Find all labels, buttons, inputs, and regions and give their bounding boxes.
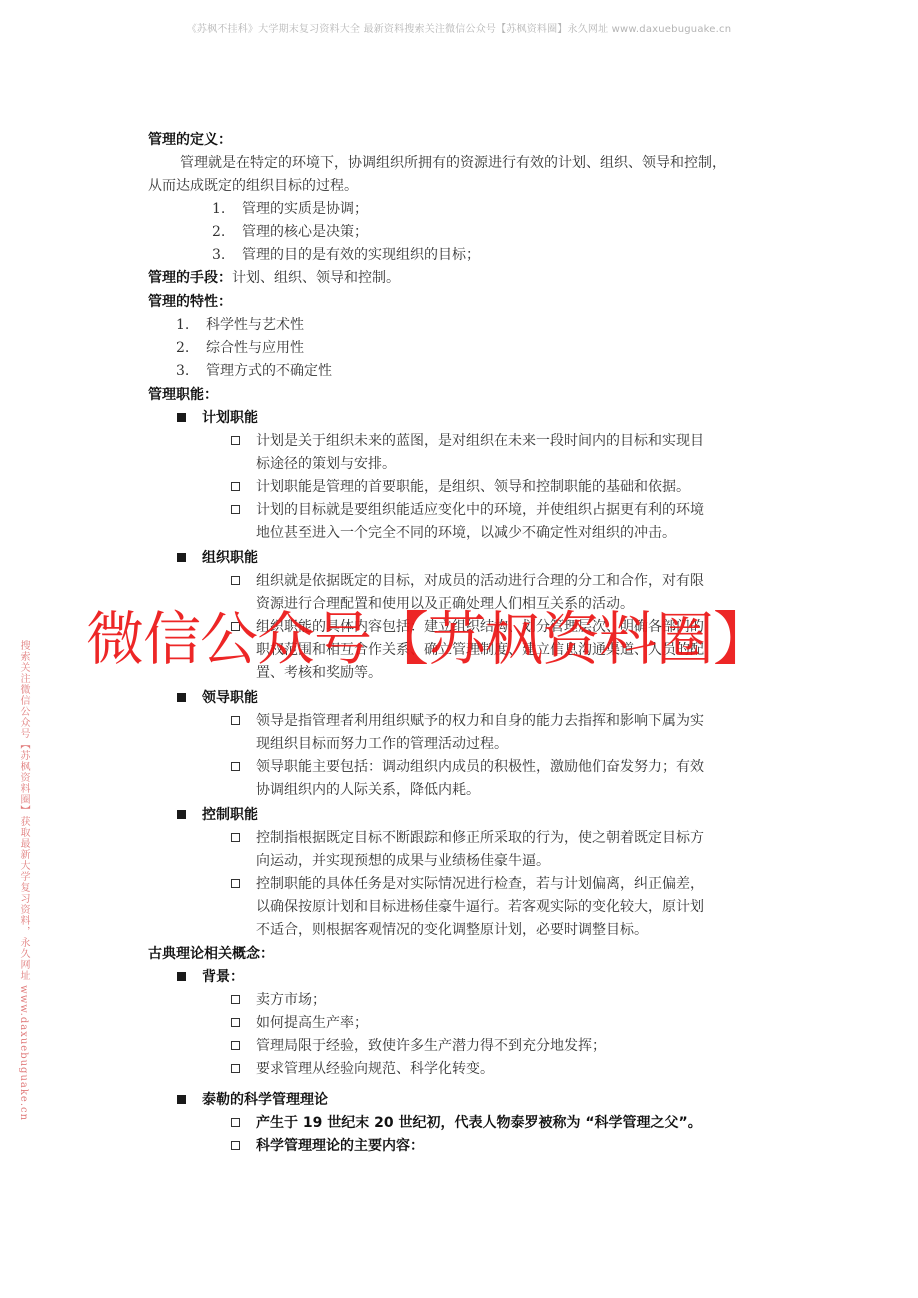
red-watermark-overlay: 微信公众号【苏枫资料圈】 — [86, 604, 770, 674]
empty-square-bullet-icon — [231, 482, 240, 491]
empty-square-bullet-icon — [231, 995, 240, 1004]
filled-square-bullet-icon — [177, 1095, 186, 1104]
definition-point-3: 3.管理的目的是有效的实现组织的目标； — [212, 245, 480, 265]
filled-square-bullet-icon — [177, 693, 186, 702]
empty-square-bullet-icon — [231, 576, 240, 585]
planning-item-1-l2: 标途径的策划与安排。 — [256, 454, 396, 474]
controlling-item-1-l2: 向运动，并实现预想的成果与业绩杨佳豪牛逼。 — [256, 851, 550, 871]
leading-item-1-l2: 现组织目标而努力工作的管理活动过程。 — [256, 734, 508, 754]
planning-item-3-l1: 计划的目标就是要组织能适应变化中的环境，并使组织占据更有利的环境 — [256, 500, 704, 520]
means-line: 管理的手段：计划、组织、领导和控制。 — [148, 268, 400, 288]
taylor-item-1: 产生于 19 世纪末 20 世纪初，代表人物泰罗被称为 “科学管理之父”。 — [256, 1113, 702, 1133]
empty-square-bullet-icon — [231, 716, 240, 725]
filled-square-bullet-icon — [177, 413, 186, 422]
leading-title: 领导职能 — [202, 688, 258, 708]
planning-item-1-l1: 计划是关于组织未来的蓝图，是对组织在未来一段时间内的目标和实现目 — [256, 431, 704, 451]
controlling-item-2-l2: 以确保按原计划和目标进杨佳豪牛逼行。若客观实际的变化较大，原计划 — [256, 897, 704, 917]
background-title: 背景： — [202, 967, 244, 987]
planning-item-2-l1: 计划职能是管理的首要职能，是组织、领导和控制职能的基础和依据。 — [256, 477, 690, 497]
classical-title: 古典理论相关概念： — [148, 944, 274, 964]
taylor-title: 泰勒的科学管理理论 — [202, 1090, 328, 1110]
leading-item-2-l2: 协调组织内的人际关系，降低内耗。 — [256, 780, 480, 800]
definition-body-2: 从而达成既定的组织目标的过程。 — [148, 176, 358, 196]
definition-point-2: 2.管理的核心是决策； — [212, 222, 368, 242]
background-item-3: 管理局限于经验，致使许多生产潜力得不到充分地发挥； — [256, 1036, 606, 1056]
traits-point-2: 2.综合性与应用性 — [176, 338, 304, 358]
filled-square-bullet-icon — [177, 972, 186, 981]
empty-square-bullet-icon — [231, 833, 240, 842]
side-watermark: 搜索关注微信公众号【苏枫资料圈】获取最新大学复习资料，永久网址 www.daxu… — [16, 640, 31, 1121]
empty-square-bullet-icon — [231, 1018, 240, 1027]
controlling-item-2-l1: 控制职能的具体任务是对实际情况进行检查，若与计划偏离，纠正偏差， — [256, 874, 704, 894]
background-item-4: 要求管理从经验向规范、科学化转变。 — [256, 1059, 494, 1079]
empty-square-bullet-icon — [231, 505, 240, 514]
organizing-item-2-l3: 置、考核和奖励等。 — [256, 663, 382, 683]
background-item-1: 卖方市场； — [256, 990, 326, 1010]
organizing-item-2-l2: 职权范围和相互合作关系、确立管理制度、建立信息沟通渠道、人员的配 — [256, 640, 704, 660]
filled-square-bullet-icon — [177, 553, 186, 562]
organizing-title: 组织职能 — [202, 548, 258, 568]
empty-square-bullet-icon — [231, 436, 240, 445]
traits-title: 管理的特性： — [148, 292, 232, 312]
planning-title: 计划职能 — [202, 408, 258, 428]
functions-title: 管理职能： — [148, 385, 218, 405]
empty-square-bullet-icon — [231, 762, 240, 771]
empty-square-bullet-icon — [231, 879, 240, 888]
traits-point-1: 1.科学性与艺术性 — [176, 315, 304, 335]
taylor-item-2: 科学管理理论的主要内容： — [256, 1136, 424, 1156]
empty-square-bullet-icon — [231, 1041, 240, 1050]
planning-item-3-l2: 地位甚至进入一个完全不同的环境，以减少不确定性对组织的冲击。 — [256, 523, 676, 543]
empty-square-bullet-icon — [231, 1064, 240, 1073]
definition-body-1: 管理就是在特定的环境下，协调组织所拥有的资源进行有效的计划、组织、领导和控制， — [180, 153, 726, 173]
organizing-item-2-l1: 组织职能的具体内容包括：建立组织结构、划分管理层次、明确各部门的 — [256, 617, 704, 637]
controlling-item-2-l3: 不适合，则根据客观情况的变化调整原计划，必要时调整目标。 — [256, 920, 648, 940]
page-header: 《苏枫不挂科》大学期末复习资料大全 最新资料搜索关注微信公众号【苏枫资料圈】永久… — [0, 20, 918, 35]
organizing-item-1-l2: 资源进行合理配置和使用以及正确处理人们相互关系的活动。 — [256, 594, 634, 614]
empty-square-bullet-icon — [231, 1141, 240, 1150]
definition-title: 管理的定义： — [148, 130, 232, 150]
leading-item-1-l1: 领导是指管理者利用组织赋予的权力和自身的能力去指挥和影响下属为实 — [256, 711, 704, 731]
organizing-item-1-l1: 组织就是依据既定的目标，对成员的活动进行合理的分工和合作，对有限 — [256, 571, 704, 591]
controlling-item-1-l1: 控制指根据既定目标不断跟踪和修正所采取的行为，使之朝着既定目标方 — [256, 828, 704, 848]
background-item-2: 如何提高生产率； — [256, 1013, 368, 1033]
leading-item-2-l1: 领导职能主要包括：调动组织内成员的积极性，激励他们奋发努力；有效 — [256, 757, 704, 777]
controlling-title: 控制职能 — [202, 805, 258, 825]
definition-point-1: 1.管理的实质是协调； — [212, 199, 368, 219]
empty-square-bullet-icon — [231, 1118, 240, 1127]
filled-square-bullet-icon — [177, 810, 186, 819]
empty-square-bullet-icon — [231, 622, 240, 631]
traits-point-3: 3.管理方式的不确定性 — [176, 361, 332, 381]
